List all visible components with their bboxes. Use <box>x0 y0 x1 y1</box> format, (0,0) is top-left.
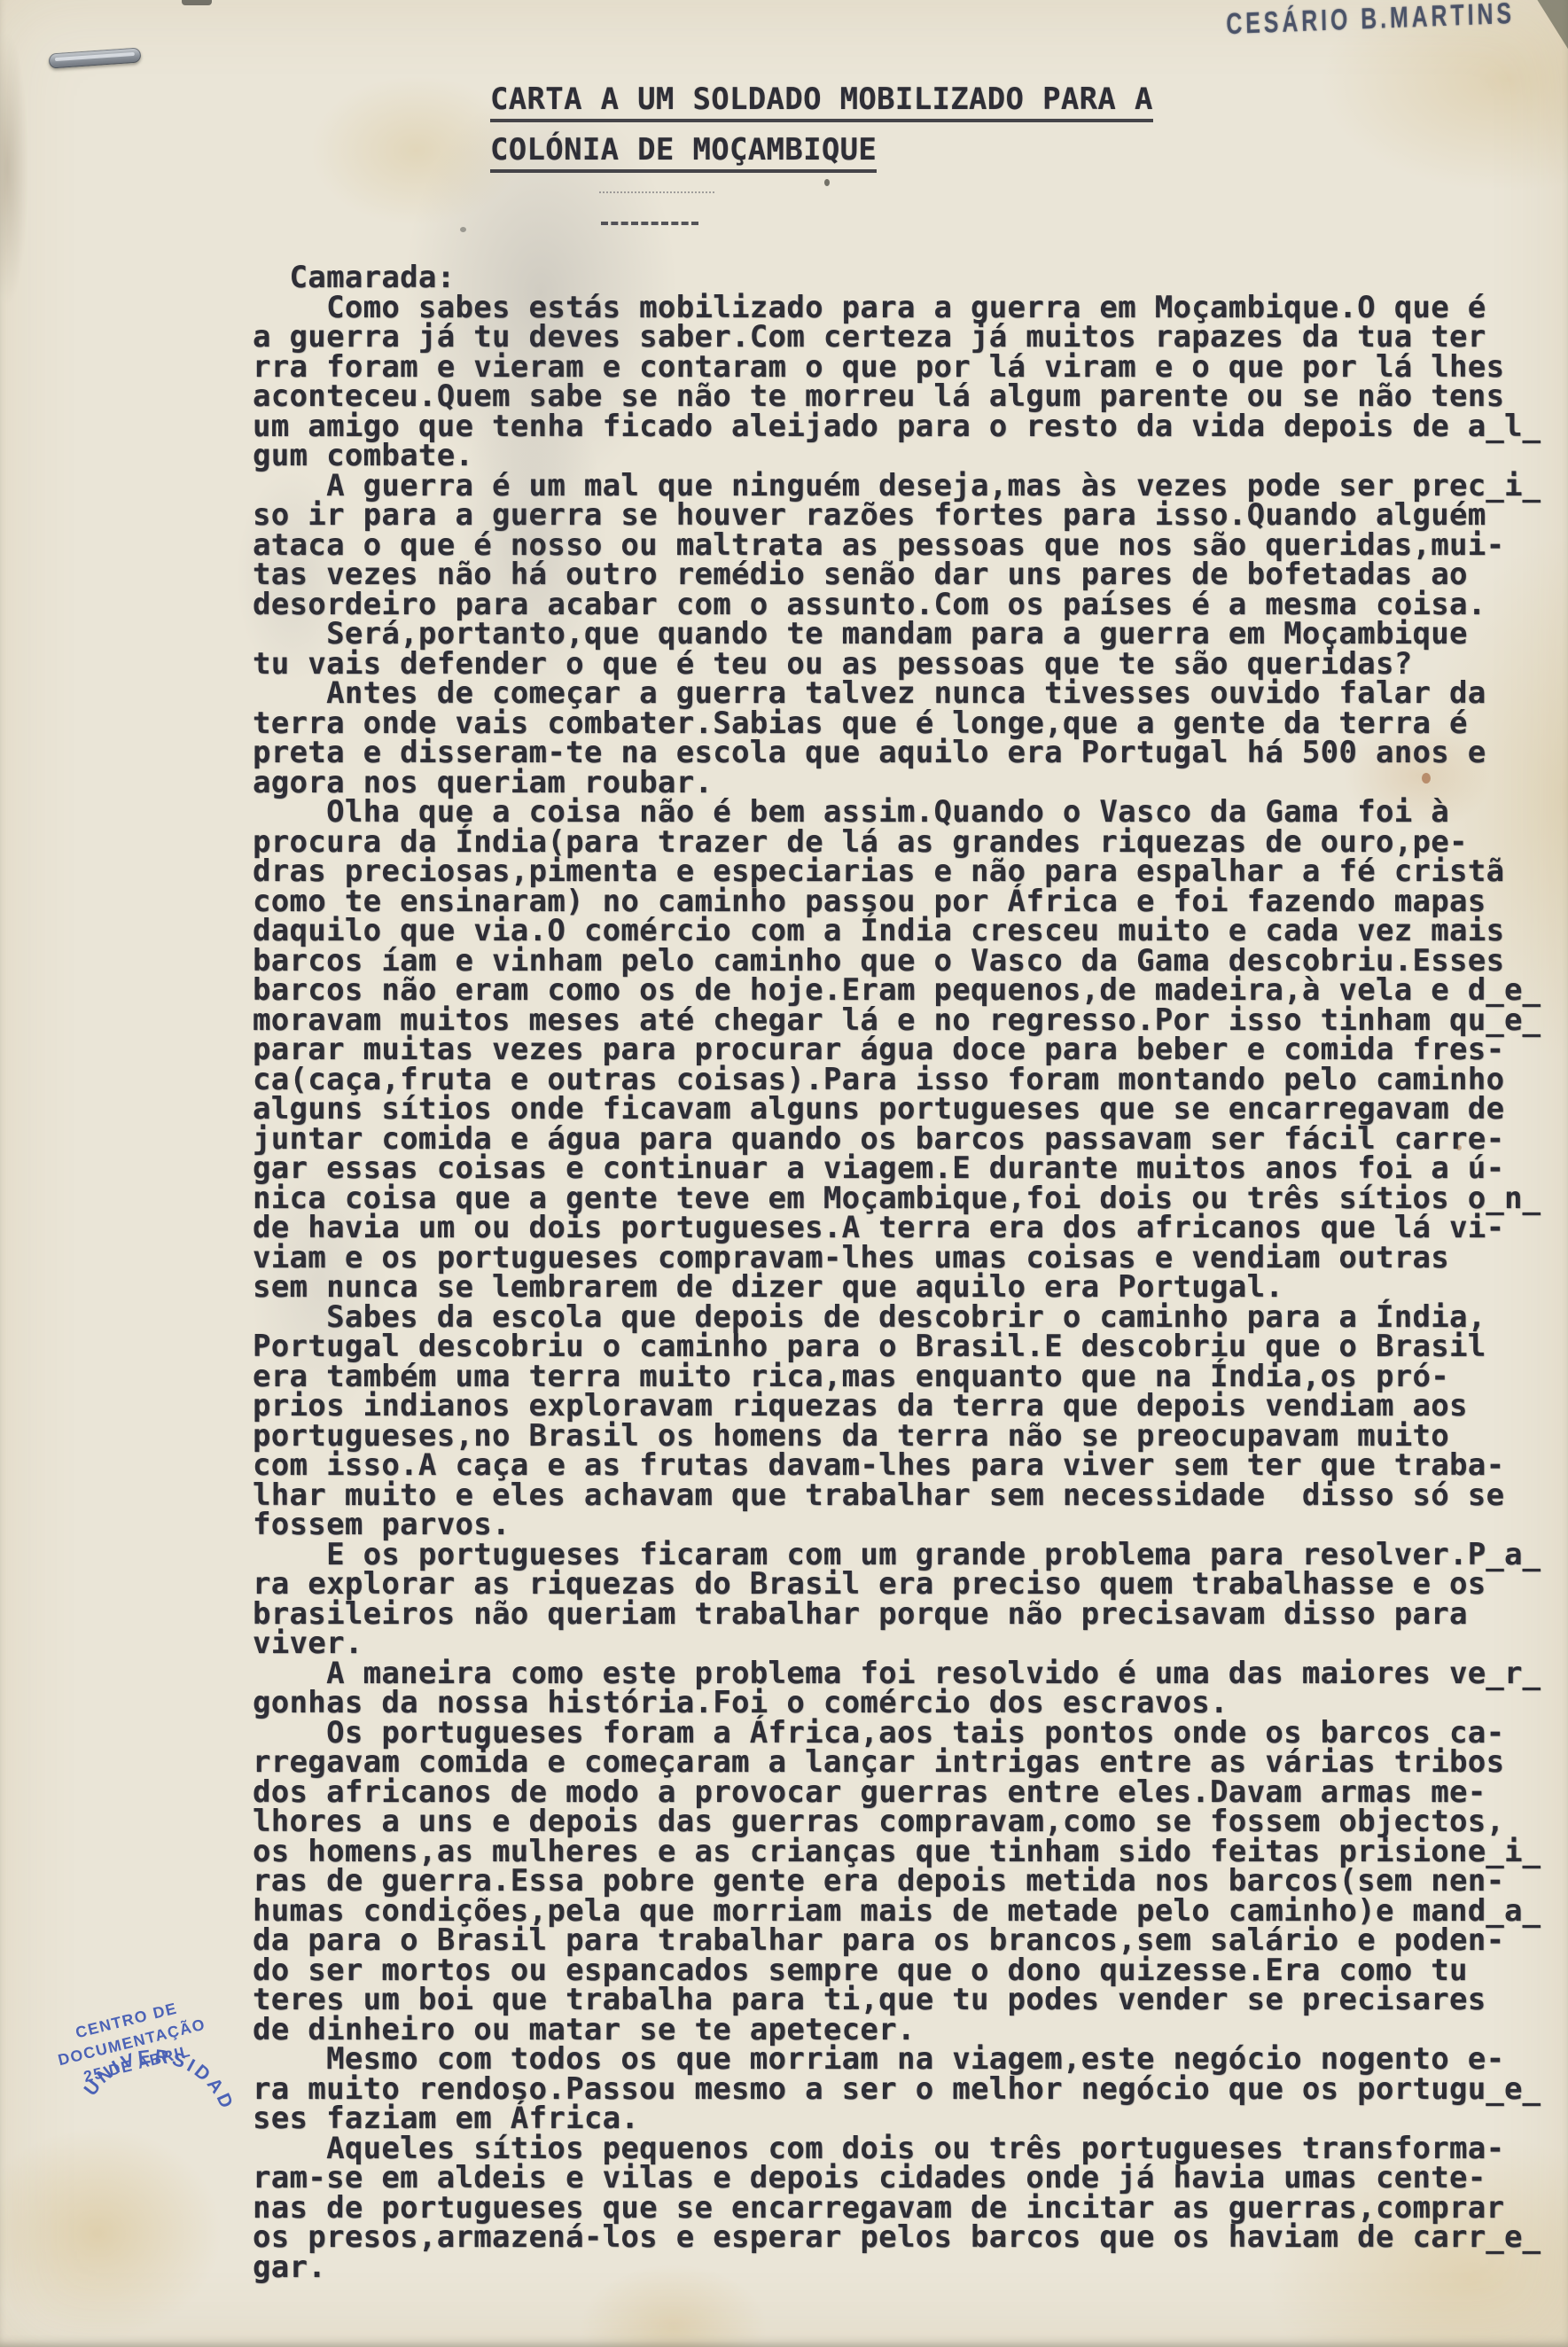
letter-title: CARTA A UM SOLDADO MOBILIZADO PARA A COL… <box>490 82 1153 183</box>
separator-dotted-rule <box>599 191 714 193</box>
scanned-letter-page: CESÁRIO B.MARTINS CARTA A UM SOLDADO MOB… <box>0 0 1568 2347</box>
title-line-1: CARTA A UM SOLDADO MOBILIZADO PARA A <box>490 82 1153 122</box>
letter-body-text: Camarada: Como sabes estás mobilizado pa… <box>253 263 1541 2282</box>
paper-speck <box>460 227 466 232</box>
separator-dashed-rule <box>601 222 698 225</box>
owner-name-stamp: CESÁRIO B.MARTINS <box>1226 0 1515 42</box>
paperclip <box>49 47 142 68</box>
title-line-2: COLÓNIA DE MOÇAMBIQUE <box>490 132 877 173</box>
university-archive-stamp: UNIVERSIDADE DE COIMBRA ♦ CENTRO DE DOCU… <box>13 1919 247 2153</box>
paper-speck <box>182 0 212 5</box>
